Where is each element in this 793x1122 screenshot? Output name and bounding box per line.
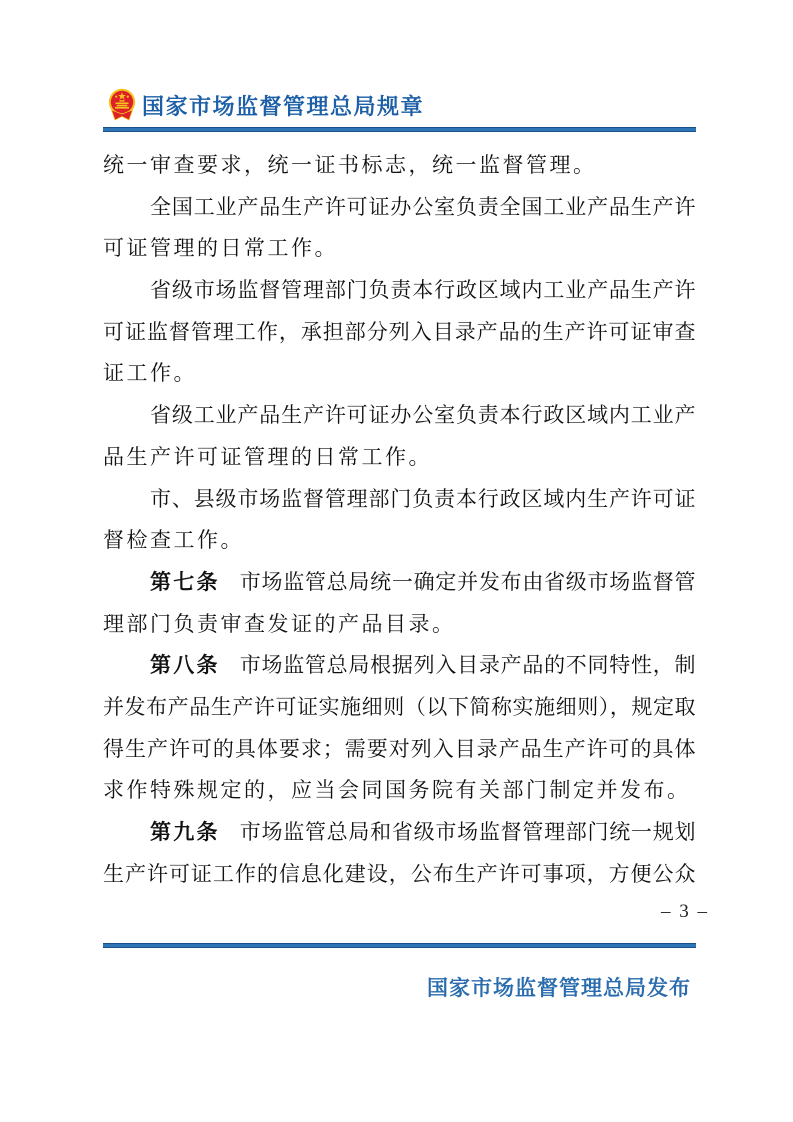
text-line: 全国工业产品生产许可证办公室负责全国工业产品生产许 xyxy=(103,187,696,229)
text-line: 省级工业产品生产许可证办公室负责本行政区域内工业产 xyxy=(103,395,696,437)
document-page: 国家市场监督管理总局规章 统一审查要求，统一证书标志，统一监督管理。全国工业产品… xyxy=(0,0,793,1122)
text-line: 可证监督管理工作，承担部分列入目录产品的生产许可证审查发 xyxy=(103,312,696,354)
text-line: 督检查工作。 xyxy=(103,520,696,562)
document-header: 国家市场监督管理总局规章 xyxy=(108,88,424,122)
text-line: 证工作。 xyxy=(103,353,696,395)
article-text: 市场监管总局统一确定并发布由省级市场监督管 xyxy=(240,570,696,594)
text-line: 第九条市场监管总局和省级市场监督管理部门统一规划 xyxy=(103,812,696,854)
text-line: 品生产许可证管理的日常工作。 xyxy=(103,437,696,479)
text-line: 第七条市场监管总局统一确定并发布由省级市场监督管 xyxy=(103,562,696,604)
article-text: 市场监管总局根据列入目录产品的不同特性，制定 xyxy=(150,653,696,687)
text-line: 得生产许可的具体要求；需要对列入目录产品生产许可的具体要 xyxy=(103,729,696,771)
national-emblem-icon xyxy=(108,88,136,122)
text-line: 第八条市场监管总局根据列入目录产品的不同特性，制定 xyxy=(103,645,696,687)
text-line: 求作特殊规定的，应当会同国务院有关部门制定并发布。 xyxy=(103,770,696,812)
publisher-line: 国家市场监督管理总局发布 xyxy=(427,972,691,1002)
article-number: 第八条 xyxy=(150,654,220,677)
document-header-title: 国家市场监督管理总局规章 xyxy=(142,90,424,121)
text-line: 市、县级市场监督管理部门负责本行政区域内生产许可证监 xyxy=(103,479,696,521)
text-line: 统一审查要求，统一证书标志，统一监督管理。 xyxy=(103,145,696,187)
text-line: 可证管理的日常工作。 xyxy=(103,228,696,270)
text-line: 理部门负责审查发证的产品目录。 xyxy=(103,604,696,646)
document-body: 统一审查要求，统一证书标志，统一监督管理。全国工业产品生产许可证办公室负责全国工… xyxy=(103,145,696,895)
text-line: 生产许可证工作的信息化建设，公布生产许可事项，方便公众查 xyxy=(103,854,696,896)
page-number: – 3 – xyxy=(661,901,709,923)
article-number: 第七条 xyxy=(150,571,220,594)
header-rule-line xyxy=(103,127,696,132)
text-line: 省级市场监督管理部门负责本行政区域内工业产品生产许 xyxy=(103,270,696,312)
article-number: 第九条 xyxy=(150,821,220,844)
footer-rule-line xyxy=(103,943,696,948)
text-line: 并发布产品生产许可证实施细则（以下简称实施细则），规定取 xyxy=(103,687,696,729)
article-text: 市场监管总局和省级市场监督管理部门统一规划 xyxy=(240,820,696,844)
